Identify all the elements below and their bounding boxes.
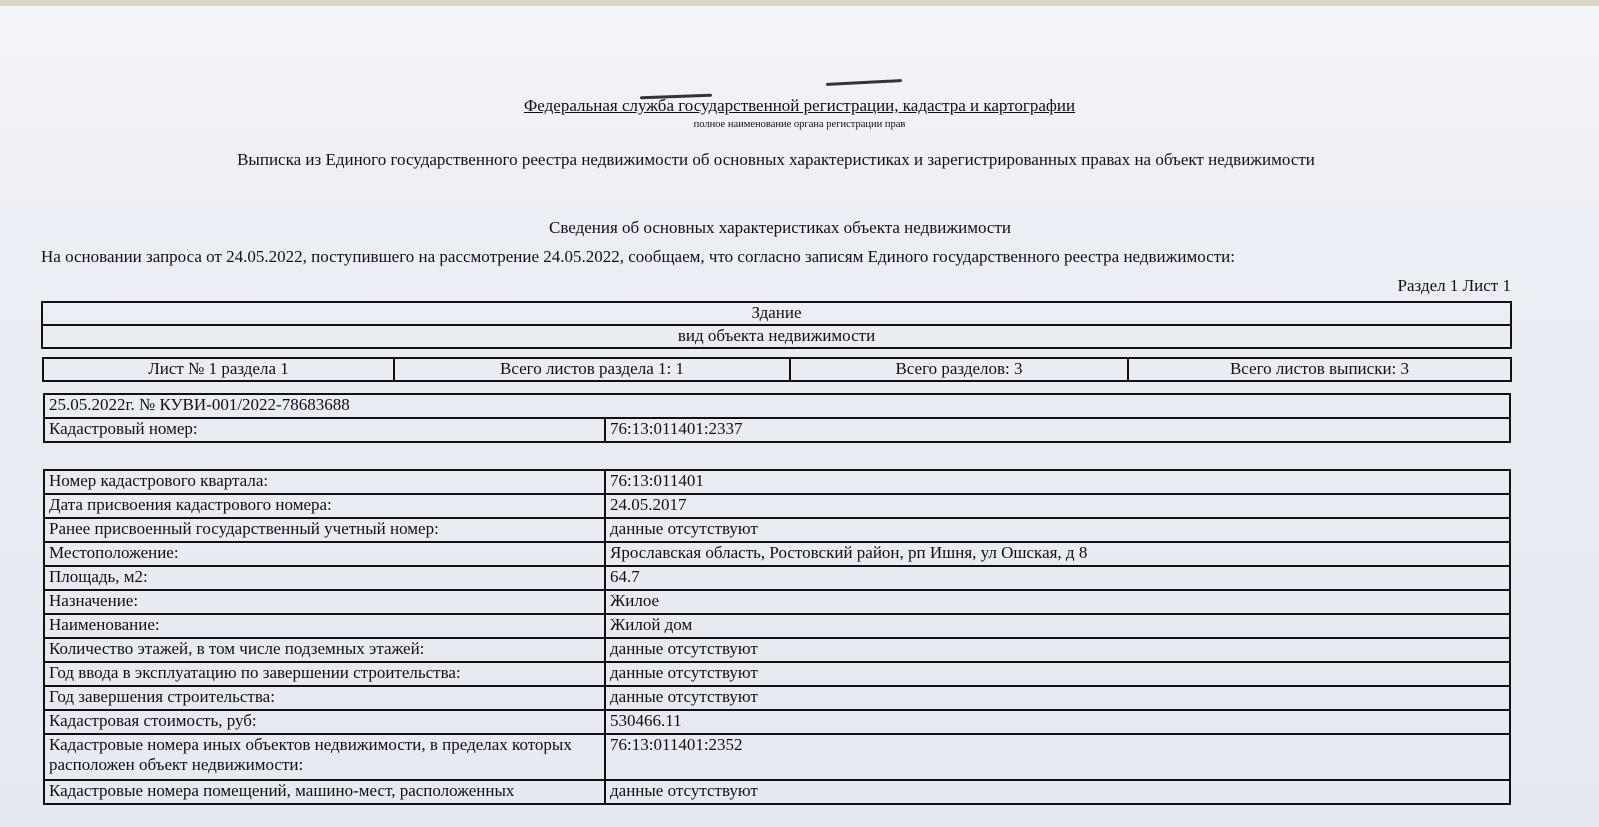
table-row: Год завершения строительства:данные отсу… — [44, 686, 1510, 710]
row-label: Номер кадастрового квартала: — [44, 470, 605, 494]
identity-table: 25.05.2022г. № КУВИ-001/2022-78683688 Ка… — [43, 393, 1511, 443]
row-value: данные отсутствуют — [605, 686, 1510, 710]
cadastral-number-value: 76:13:011401:2337 — [605, 418, 1510, 442]
row-value: Жилой дом — [605, 614, 1510, 638]
row-label: Кадастровые номера помещений, машино-мес… — [44, 780, 605, 804]
row-label: Дата присвоения кадастрового номера: — [44, 494, 605, 518]
row-value: Жилое — [605, 590, 1510, 614]
document-title: Выписка из Единого государственного реес… — [0, 150, 1552, 170]
row-label: Год ввода в эксплуатацию по завершении с… — [44, 662, 605, 686]
row-label: Кадастровая стоимость, руб: — [44, 710, 605, 734]
characteristics-table: Номер кадастрового квартала:76:13:011401… — [43, 469, 1511, 805]
row-value: 76:13:011401:2352 — [605, 734, 1510, 780]
record-number: 25.05.2022г. № КУВИ-001/2022-78683688 — [44, 394, 1510, 418]
paper-top-edge — [0, 0, 1599, 6]
table-row: Площадь, м2:64.7 — [44, 566, 1510, 590]
row-value: данные отсутствуют — [605, 518, 1510, 542]
table-row: Наименование:Жилой дом — [44, 614, 1510, 638]
row-label: Количество этажей, в том числе подземных… — [44, 638, 605, 662]
row-label: Ранее присвоенный государственный учетны… — [44, 518, 605, 542]
object-kind-value: Здание — [42, 302, 1511, 325]
total-sections: Всего разделов: 3 — [790, 358, 1128, 381]
section-title: Сведения об основных характеристиках объ… — [0, 218, 1560, 238]
basis-text: На основании запроса от 24.05.2022, пост… — [41, 247, 1235, 267]
row-label: Год завершения строительства: — [44, 686, 605, 710]
table-row: Ранее присвоенный государственный учетны… — [44, 518, 1510, 542]
table-row: Назначение:Жилое — [44, 590, 1510, 614]
table-row: Кадастровые номера помещений, машино-мес… — [44, 780, 1510, 804]
row-value: 530466.11 — [605, 710, 1510, 734]
row-label: Назначение: — [44, 590, 605, 614]
row-value: 24.05.2017 — [605, 494, 1510, 518]
row-value: данные отсутствуют — [605, 662, 1510, 686]
row-value: данные отсутствуют — [605, 638, 1510, 662]
total-sheets: Всего листов выписки: 3 — [1128, 358, 1511, 381]
cadastral-number-label: Кадастровый номер: — [44, 418, 605, 442]
row-label: Кадастровые номера иных объектов недвижи… — [44, 734, 605, 780]
organization-caption: полное наименование органа регистрации п… — [0, 119, 1599, 130]
staple-mark — [826, 79, 902, 86]
table-row: Дата присвоения кадастрового номера:24.0… — [44, 494, 1510, 518]
sheet-reference: Раздел 1 Лист 1 — [1398, 276, 1511, 296]
object-kind-caption: вид объекта недвижимости — [42, 325, 1511, 348]
row-value: данные отсутствуют — [605, 780, 1510, 804]
table-row: Кадастровые номера иных объектов недвижи… — [44, 734, 1510, 780]
table-row: Количество этажей, в том числе подземных… — [44, 638, 1510, 662]
table-row: Год ввода в эксплуатацию по завершении с… — [44, 662, 1510, 686]
table-row: Кадастровая стоимость, руб:530466.11 — [44, 710, 1510, 734]
row-value: 76:13:011401 — [605, 470, 1510, 494]
row-value: 64.7 — [605, 566, 1510, 590]
object-kind-table: Здание вид объекта недвижимости — [41, 301, 1512, 349]
row-label: Местоположение: — [44, 542, 605, 566]
total-sheets-in-section: Всего листов раздела 1: 1 — [394, 358, 790, 381]
organization-name: Федеральная служба государственной регис… — [0, 96, 1599, 116]
row-value: Ярославская область, Ростовский район, р… — [605, 542, 1510, 566]
sheets-info-table: Лист № 1 раздела 1 Всего листов раздела … — [42, 357, 1512, 382]
table-row: Номер кадастрового квартала:76:13:011401 — [44, 470, 1510, 494]
row-label: Площадь, м2: — [44, 566, 605, 590]
sheet-of-section: Лист № 1 раздела 1 — [43, 358, 394, 381]
table-row: Местоположение:Ярославская область, Рост… — [44, 542, 1510, 566]
row-label: Наименование: — [44, 614, 605, 638]
